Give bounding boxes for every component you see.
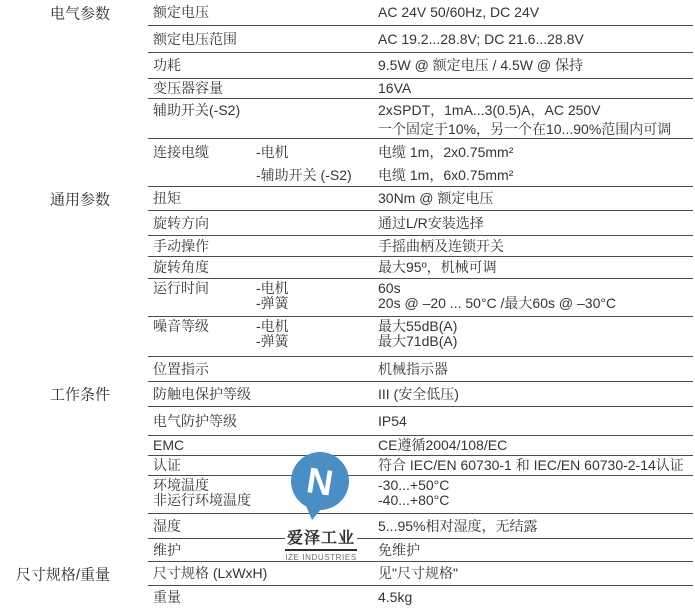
table-row: 噪音等级-电机-弹簧最大55dB(A)最大71dB(A) <box>148 317 693 357</box>
value-cell: 手摇曲柄及连锁开关 <box>378 239 693 254</box>
sub-text: -弹簧 <box>256 296 378 311</box>
value-text: -40...+80°C <box>378 493 693 508</box>
table-row: 运行时间-电机-弹簧60s20s @ –20 ... 50°C /最大60s @… <box>148 279 693 317</box>
value-text: 通过L/R安装选择 <box>378 216 693 231</box>
category-label: 工作条件 <box>6 384 110 405</box>
value-cell: -30...+50°C-40...+80°C <box>378 478 693 508</box>
table-row: 旋转角度最大95º，机械可调 <box>148 257 693 279</box>
table-row: 变压器容量16VA <box>148 79 693 99</box>
param-cell: 辅助开关(-S2) <box>148 101 256 120</box>
value-cell: AC 24V 50/60Hz, DC 24V <box>378 5 693 20</box>
param-text: 手动操作 <box>153 239 256 254</box>
table-row: 电气参数额定电压AC 24V 50/60Hz, DC 24V <box>148 0 693 26</box>
param-cell: 额定电压范围 <box>148 32 256 47</box>
value-text: IP54 <box>378 414 693 429</box>
param-text: 旋转方向 <box>153 216 256 231</box>
value-cell: 免维护 <box>378 543 693 558</box>
value-text: 20s @ –20 ... 50°C /最大60s @ –30°C <box>378 296 693 311</box>
ize-logo-icon: N <box>289 451 353 521</box>
param-cell: 湿度 <box>148 519 256 534</box>
table-row: 手动操作手摇曲柄及连锁开关 <box>148 236 693 257</box>
table-row: 通用参数扭矩30Nm @ 额定电压 <box>148 187 693 211</box>
table-row: 功耗9.5W @ 额定电压 / 4.5W @ 保持 <box>148 53 693 79</box>
param-cell: EMC <box>148 438 256 453</box>
value-text: 16VA <box>378 81 693 96</box>
param-cell: 扭矩 <box>148 191 256 206</box>
value-text: 最大55dB(A) <box>378 319 693 334</box>
value-cell: AC 19.2...28.8V; DC 21.6...28.8V <box>378 32 693 47</box>
table-row: 环境温度非运行环境温度-30...+50°C-40...+80°C <box>148 476 693 514</box>
value-cell: 最大95º，机械可调 <box>378 260 693 275</box>
param-cell: 尺寸规格 (LxWxH) <box>148 566 256 581</box>
category-label: 电气参数 <box>6 2 110 23</box>
value-cell: III (安全低压) <box>378 387 693 402</box>
sub-cell: -电机-弹簧 <box>256 319 378 349</box>
value-text: -30...+50°C <box>378 478 693 493</box>
value-text: AC 19.2...28.8V; DC 21.6...28.8V <box>378 32 693 47</box>
param-text: EMC <box>153 438 256 453</box>
table-row: 认证符合 IEC/EN 60730-1 和 IEC/EN 60730-2-14认… <box>148 456 693 476</box>
param-cell: 额定电压 <box>148 5 256 20</box>
param-cell: 旋转方向 <box>148 216 256 231</box>
value-cell: 符合 IEC/EN 60730-1 和 IEC/EN 60730-2-14认证 <box>378 458 693 473</box>
param-text: 尺寸规格 (LxWxH) <box>153 566 256 581</box>
param-cell: 旋转角度 <box>148 260 256 275</box>
value-cell: 9.5W @ 额定电压 / 4.5W @ 保持 <box>378 58 693 73</box>
param-text: 连接电缆 <box>153 141 256 164</box>
value-text: 电缆 1m，2x0.75mm² <box>378 141 693 164</box>
value-text: AC 24V 50/60Hz, DC 24V <box>378 5 693 20</box>
value-cell: CE遵循2004/108/EC <box>378 438 693 453</box>
sub-text: -电机 <box>256 281 378 296</box>
param-text: 辅助开关(-S2) <box>153 101 256 120</box>
watermark: N 爱泽工业 IZE INDUSTRIES <box>281 451 361 562</box>
table-row: 额定电压范围AC 19.2...28.8V; DC 21.6...28.8V <box>148 26 693 53</box>
value-cell: 60s20s @ –20 ... 50°C /最大60s @ –30°C <box>378 281 693 311</box>
value-cell: 5...95%相对湿度，无结露 <box>378 519 693 534</box>
value-text: 9.5W @ 额定电压 / 4.5W @ 保持 <box>378 58 693 73</box>
param-text: 电气防护等级 <box>153 414 256 429</box>
param-text: 噪音等级 <box>153 319 256 334</box>
value-text: 30Nm @ 额定电压 <box>378 191 693 206</box>
sub-cell: -电机-弹簧 <box>256 281 378 311</box>
value-cell: 2xSPDT，1mA...3(0.5)A，AC 250V一个固定于10%，另一个… <box>378 101 693 139</box>
table-row: 电气防护等级IP54 <box>148 407 693 436</box>
value-cell: 电缆 1m，2x0.75mm²电缆 1m，6x0.75mm² <box>378 141 693 187</box>
param-text: 湿度 <box>153 519 256 534</box>
sub-text: -电机 <box>256 141 378 164</box>
spec-sheet: 电气参数额定电压AC 24V 50/60Hz, DC 24V额定电压范围AC 1… <box>0 0 695 608</box>
param-cell: 位置指示 <box>148 362 256 377</box>
watermark-company-en: IZE INDUSTRIES <box>281 553 361 562</box>
sub-text: -弹簧 <box>256 334 378 349</box>
value-text: 2xSPDT，1mA...3(0.5)A，AC 250V <box>378 101 693 120</box>
value-cell: 4.5kg <box>378 590 693 605</box>
value-cell: 30Nm @ 额定电压 <box>378 191 693 206</box>
param-text: 额定电压 <box>153 5 256 20</box>
value-text: 手摇曲柄及连锁开关 <box>378 239 693 254</box>
watermark-company-cn: 爱泽工业 <box>285 525 357 551</box>
param-cell: 环境温度非运行环境温度 <box>148 478 256 508</box>
param-text: 扭矩 <box>153 191 256 206</box>
value-text: III (安全低压) <box>378 387 693 402</box>
param-cell: 变压器容量 <box>148 81 256 96</box>
table-row: 重量4.5kg <box>148 586 693 608</box>
sub-cell: -电机-辅助开关 (-S2) <box>256 141 378 187</box>
param-cell: 运行时间 <box>148 281 256 296</box>
param-cell: 认证 <box>148 458 256 473</box>
table-row: 连接电缆-电机-辅助开关 (-S2)电缆 1m，2x0.75mm²电缆 1m，6… <box>148 139 693 187</box>
param-text: 防触电保护等级 <box>153 387 256 402</box>
value-text: 4.5kg <box>378 590 693 605</box>
sub-text: -电机 <box>256 319 378 334</box>
param-cell: 噪音等级 <box>148 319 256 334</box>
value-text: 电缆 1m，6x0.75mm² <box>378 164 693 187</box>
param-text: 功耗 <box>153 58 256 73</box>
param-cell: 电气防护等级 <box>148 414 256 429</box>
param-text: 认证 <box>153 458 256 473</box>
spec-table: 电气参数额定电压AC 24V 50/60Hz, DC 24V额定电压范围AC 1… <box>148 0 693 608</box>
value-cell: 通过L/R安装选择 <box>378 216 693 231</box>
param-text: 额定电压范围 <box>153 32 256 47</box>
value-cell: 最大55dB(A)最大71dB(A) <box>378 319 693 349</box>
category-label: 尺寸规格/重量 <box>6 563 110 584</box>
category-label: 通用参数 <box>6 188 110 209</box>
param-text: 位置指示 <box>153 362 256 377</box>
table-row: 工作条件防触电保护等级III (安全低压) <box>148 382 693 407</box>
table-row: 维护免维护 <box>148 539 693 562</box>
value-cell: 16VA <box>378 81 693 96</box>
value-text: 一个固定于10%，另一个在10...90%范围内可调 <box>378 120 693 139</box>
param-cell: 连接电缆 <box>148 141 256 164</box>
value-text: 5...95%相对湿度，无结露 <box>378 519 693 534</box>
param-cell: 功耗 <box>148 58 256 73</box>
param-text: 非运行环境温度 <box>153 493 256 508</box>
value-text: CE遵循2004/108/EC <box>378 438 693 453</box>
value-text: 免维护 <box>378 543 693 558</box>
table-row: 湿度5...95%相对湿度，无结露 <box>148 514 693 539</box>
table-row: 位置指示机械指示器 <box>148 357 693 382</box>
param-cell: 防触电保护等级 <box>148 387 256 402</box>
table-row: EMCCE遵循2004/108/EC <box>148 436 693 456</box>
table-row: 辅助开关(-S2)2xSPDT，1mA...3(0.5)A，AC 250V一个固… <box>148 99 693 139</box>
value-cell: IP54 <box>378 414 693 429</box>
table-row: 尺寸规格/重量尺寸规格 (LxWxH)见"尺寸规格" <box>148 562 693 586</box>
value-cell: 机械指示器 <box>378 362 693 377</box>
value-text: 符合 IEC/EN 60730-1 和 IEC/EN 60730-2-14认证 <box>378 458 693 473</box>
param-text: 维护 <box>153 543 256 558</box>
param-cell: 维护 <box>148 543 256 558</box>
table-row: 旋转方向通过L/R安装选择 <box>148 211 693 236</box>
sub-text: -辅助开关 (-S2) <box>256 164 378 187</box>
value-text: 见"尺寸规格" <box>378 566 693 581</box>
param-text: 重量 <box>153 590 256 605</box>
param-text: 旋转角度 <box>153 260 256 275</box>
value-cell: 见"尺寸规格" <box>378 566 693 581</box>
param-text: 运行时间 <box>153 281 256 296</box>
value-text: 60s <box>378 281 693 296</box>
value-text: 最大95º，机械可调 <box>378 260 693 275</box>
param-cell: 重量 <box>148 590 256 605</box>
value-text: 最大71dB(A) <box>378 334 693 349</box>
value-text: 机械指示器 <box>378 362 693 377</box>
param-cell: 手动操作 <box>148 239 256 254</box>
param-text: 变压器容量 <box>153 81 256 96</box>
param-text: 环境温度 <box>153 478 256 493</box>
